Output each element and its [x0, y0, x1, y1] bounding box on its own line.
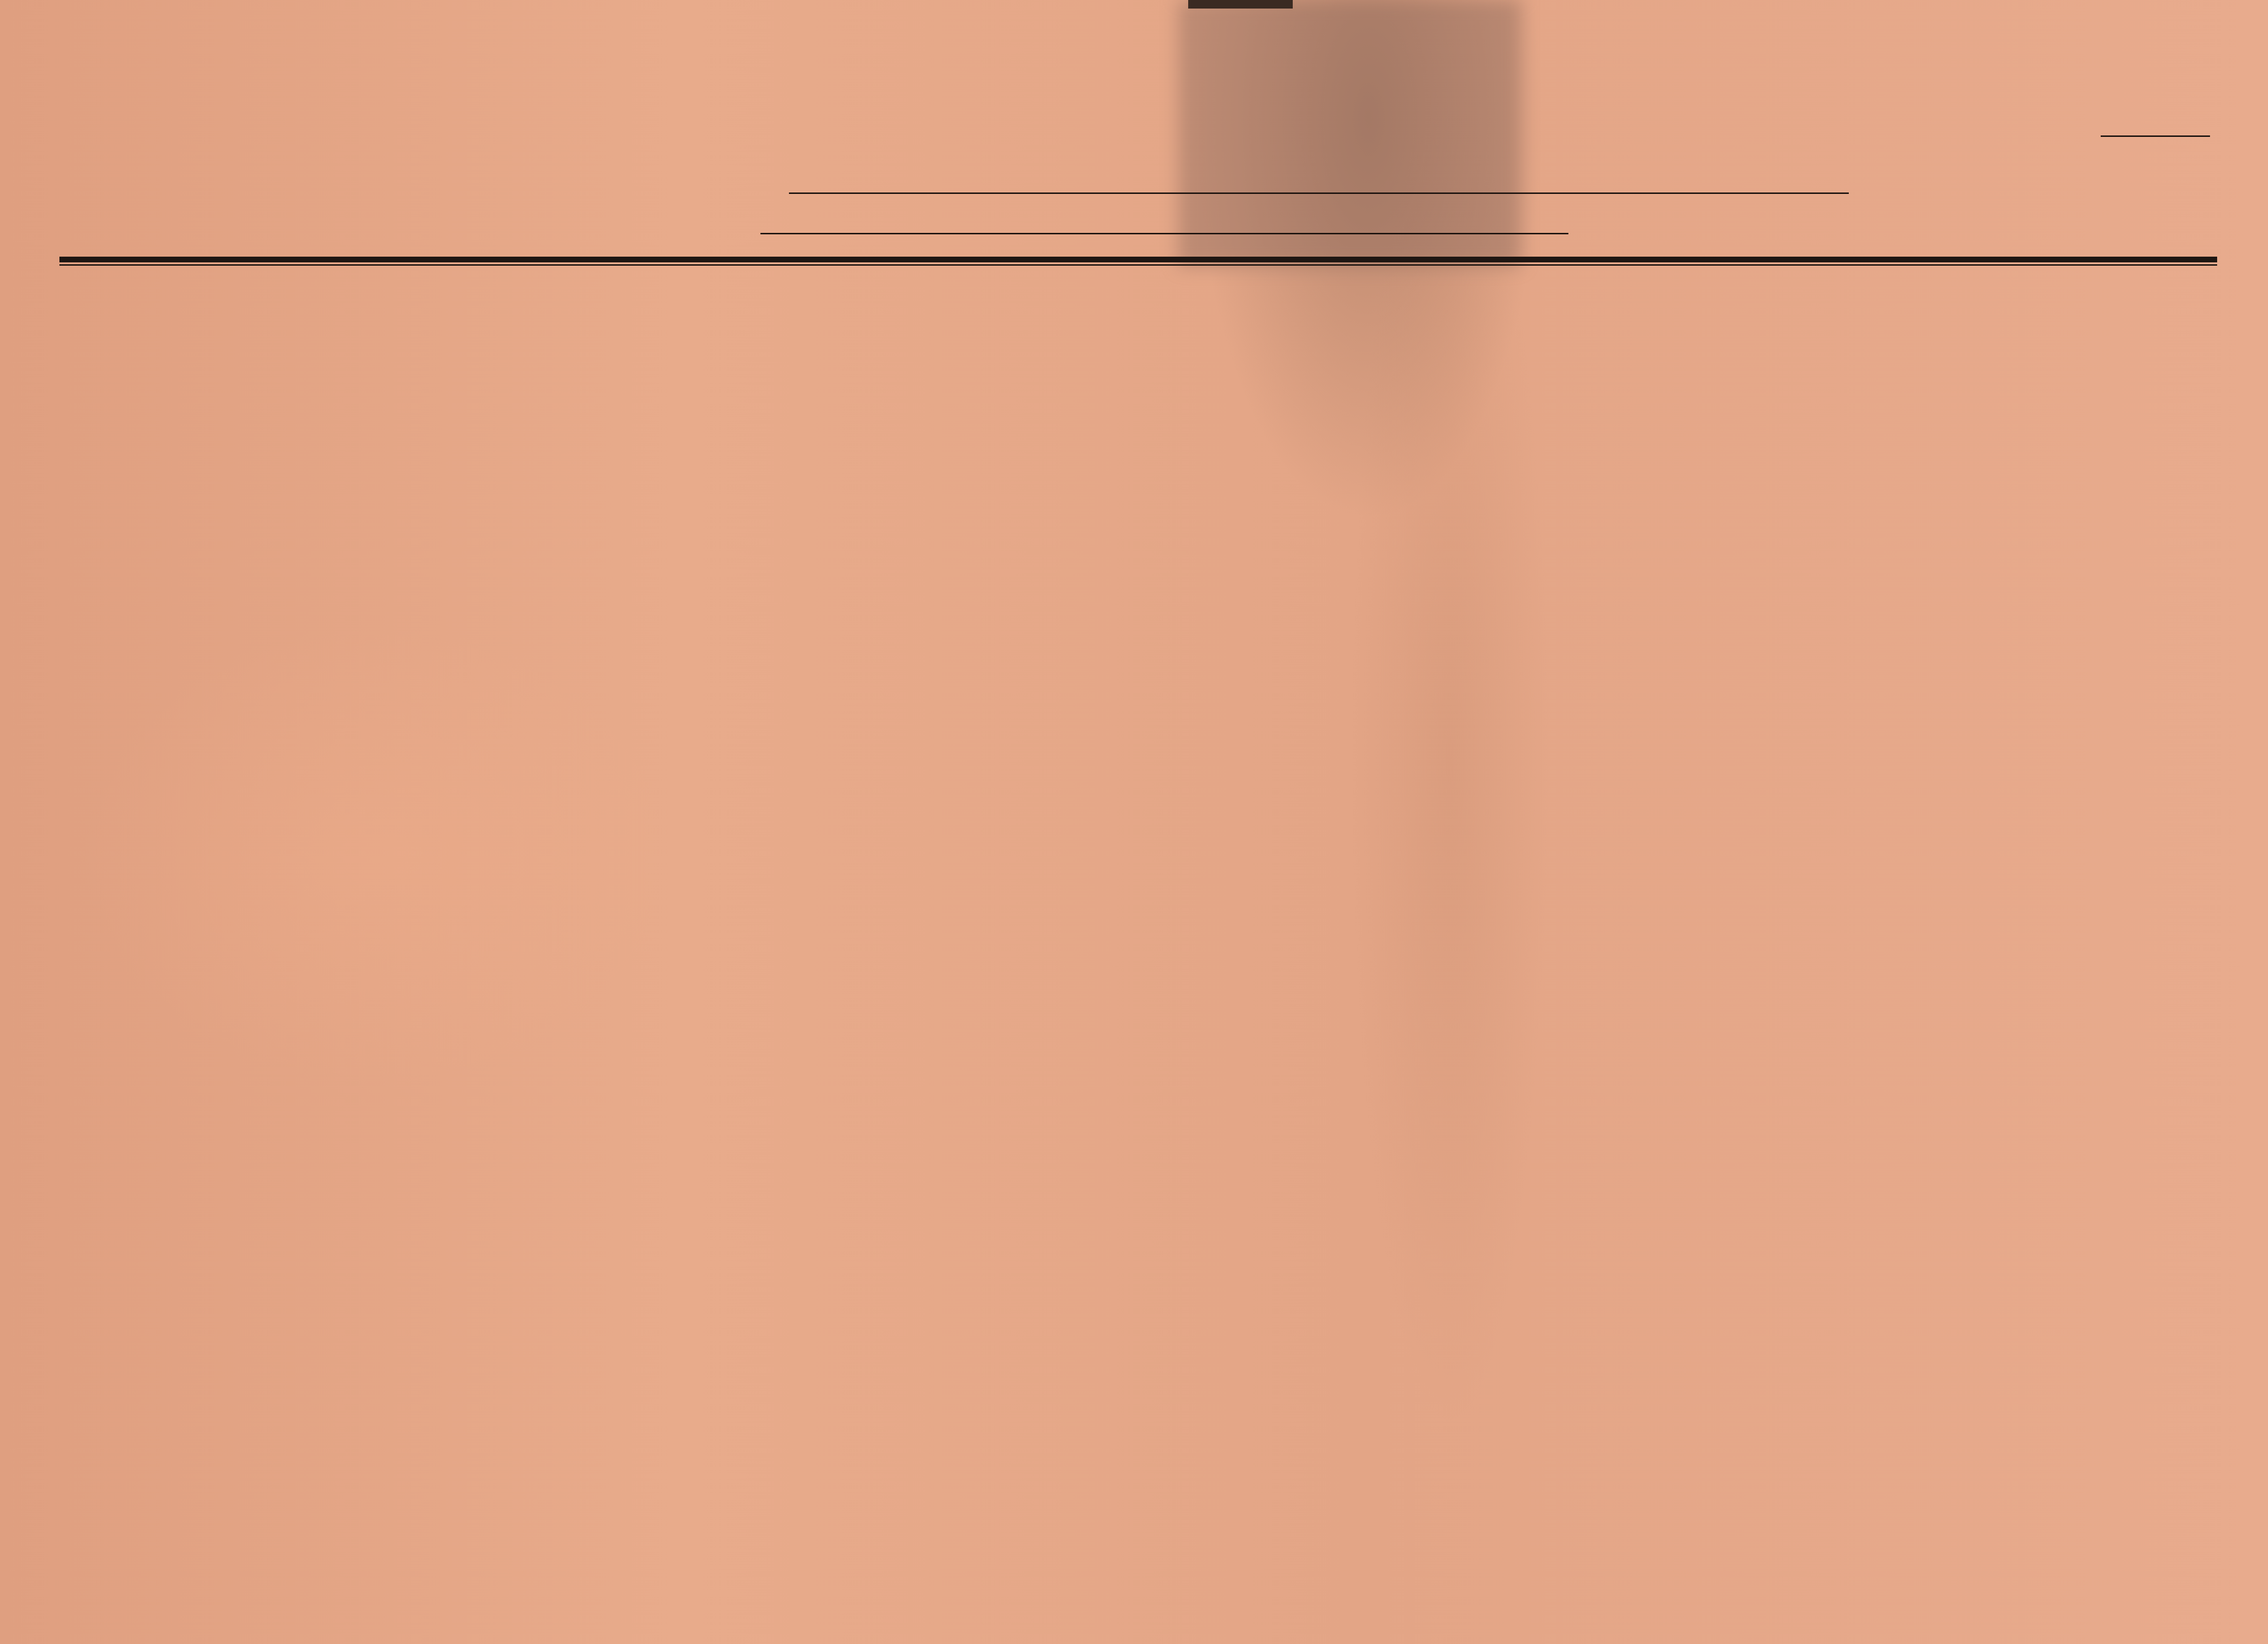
table-top-rule: [59, 257, 2217, 262]
copy-number-field[interactable]: [2101, 135, 2210, 137]
water-stain: [1179, 0, 1521, 266]
table-top-rule-thin: [59, 264, 2217, 266]
period-field[interactable]: [760, 233, 1568, 234]
torn-tape: [1188, 0, 1293, 9]
division-field[interactable]: [789, 192, 1849, 194]
